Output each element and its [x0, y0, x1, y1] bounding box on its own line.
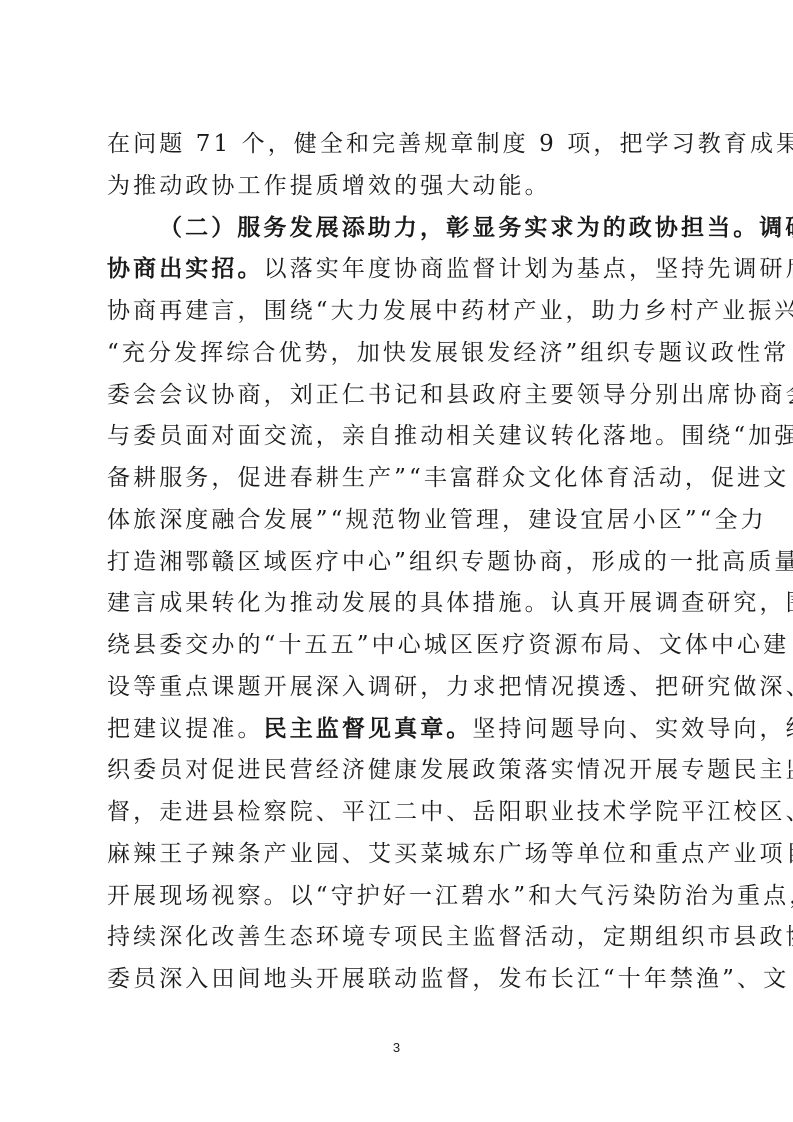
text-line-20: 持续深化改善生态环境专项民主监督活动，定期组织市县政协: [107, 917, 687, 959]
text-line-4: 协商出实招。以落实年度协商监督计划为基点，坚持先调研后: [107, 249, 687, 291]
section-heading: （二）服务发展添助力，彰显务实求为的政协担当。调研: [159, 215, 793, 241]
text-segment: 与委员面对面交流，亲自推动相关建议转化落地。围绕“加强: [107, 423, 793, 449]
text-segment: 麻辣王子辣条产业园、艾买菜城东广场等单位和重点产业项目: [107, 841, 793, 867]
text-segment: 委会会议协商，刘正仁书记和县政府主要领导分别出席协商会: [107, 382, 793, 408]
text-segment: 委员深入田间地头开展联动监督，发布长江“十年禁渔”、文: [107, 966, 789, 992]
text-line-16: 织委员对促进民营经济健康发展政策落实情况开展专题民主监: [107, 750, 687, 792]
text-line-5: 协商再建言，围绕“大力发展中药材产业，助力乡村产业振兴”: [107, 291, 687, 333]
text-segment: 持续深化改善生态环境专项民主监督活动，定期组织市县政协: [107, 924, 793, 950]
text-segment: 备耕服务，促进春耕生产”“丰富群众文化体育活动，促进文: [107, 465, 789, 491]
text-segment: 督，走进县检察院、平江二中、岳阳职业技术学院平江校区、: [107, 799, 793, 825]
text-line-7: 委会会议协商，刘正仁书记和县政府主要领导分别出席协商会: [107, 375, 687, 417]
text-segment: 绕县委交办的“十五五”中心城区医疗资源布局、文体中心建: [107, 632, 789, 658]
text-line-15: 把建议提准。民主监督见真章。坚持问题导向、实效导向，组: [107, 709, 687, 751]
text-line-18: 麻辣王子辣条产业园、艾买菜城东广场等单位和重点产业项目: [107, 834, 687, 876]
text-line-13: 绕县委交办的“十五五”中心城区医疗资源布局、文体中心建: [107, 625, 687, 667]
text-segment: 把建议提准。: [107, 716, 264, 742]
text-line-1: 在问题 71 个，健全和完善规章制度 9 项，把学习教育成果转化: [107, 124, 687, 166]
text-segment: 在问题 71 个，健全和完善规章制度 9 项，把学习教育成果转化: [107, 131, 793, 157]
subheading-research-consultation: 协商出实招。: [107, 256, 264, 282]
text-segment: 设等重点课题开展深入调研，力求把情况摸透、把研究做深、: [107, 674, 793, 700]
document-body: 在问题 71 个，健全和完善规章制度 9 项，把学习教育成果转化 为推动政协工作…: [107, 124, 687, 1001]
text-segment: 协商再建言，围绕“大力发展中药材产业，助力乡村产业振兴”: [107, 298, 793, 324]
text-line-2: 为推动政协工作提质增效的强大动能。: [107, 166, 687, 208]
page-number: 3: [0, 1040, 793, 1055]
text-segment: “充分发挥综合优势，加快发展银发经济”组织专题议政性常: [107, 340, 789, 366]
text-line-14: 设等重点课题开展深入调研，力求把情况摸透、把研究做深、: [107, 667, 687, 709]
text-segment: 建言成果转化为推动发展的具体措施。认真开展调查研究，围: [107, 590, 793, 616]
text-line-19: 开展现场视察。以“守护好一江碧水”和大气污染防治为重点，: [107, 876, 687, 918]
text-line-8: 与委员面对面交流，亲自推动相关建议转化落地。围绕“加强: [107, 416, 687, 458]
subheading-democratic-supervision: 民主监督见真章。: [264, 716, 473, 742]
text-line-6: “充分发挥综合优势，加快发展银发经济”组织专题议政性常: [107, 333, 687, 375]
text-segment: 织委员对促进民营经济健康发展政策落实情况开展专题民主监: [107, 757, 793, 783]
text-line-12: 建言成果转化为推动发展的具体措施。认真开展调查研究，围: [107, 583, 687, 625]
text-line-11: 打造湘鄂赣区域医疗中心”组织专题协商，形成的一批高质量: [107, 542, 687, 584]
text-line-9: 备耕服务，促进春耕生产”“丰富群众文化体育活动，促进文: [107, 458, 687, 500]
text-line-17: 督，走进县检察院、平江二中、岳阳职业技术学院平江校区、: [107, 792, 687, 834]
text-segment: 开展现场视察。以“守护好一江碧水”和大气污染防治为重点，: [107, 883, 793, 909]
text-segment: 打造湘鄂赣区域医疗中心”组织专题协商，形成的一批高质量: [107, 549, 793, 575]
text-line-10: 体旅深度融合发展”“规范物业管理，建设宜居小区”“全力: [107, 500, 687, 542]
section-heading-line: （二）服务发展添助力，彰显务实求为的政协担当。调研: [107, 208, 687, 250]
text-segment: 体旅深度融合发展”“规范物业管理，建设宜居小区”“全力: [107, 507, 767, 533]
text-segment: 为推动政协工作提质增效的强大动能。: [107, 173, 551, 199]
text-line-21: 委员深入田间地头开展联动监督，发布长江“十年禁渔”、文: [107, 959, 687, 1001]
text-segment: 坚持问题导向、实效导向，组: [472, 716, 793, 742]
text-segment: 以落实年度协商监督计划为基点，坚持先调研后: [264, 256, 793, 282]
